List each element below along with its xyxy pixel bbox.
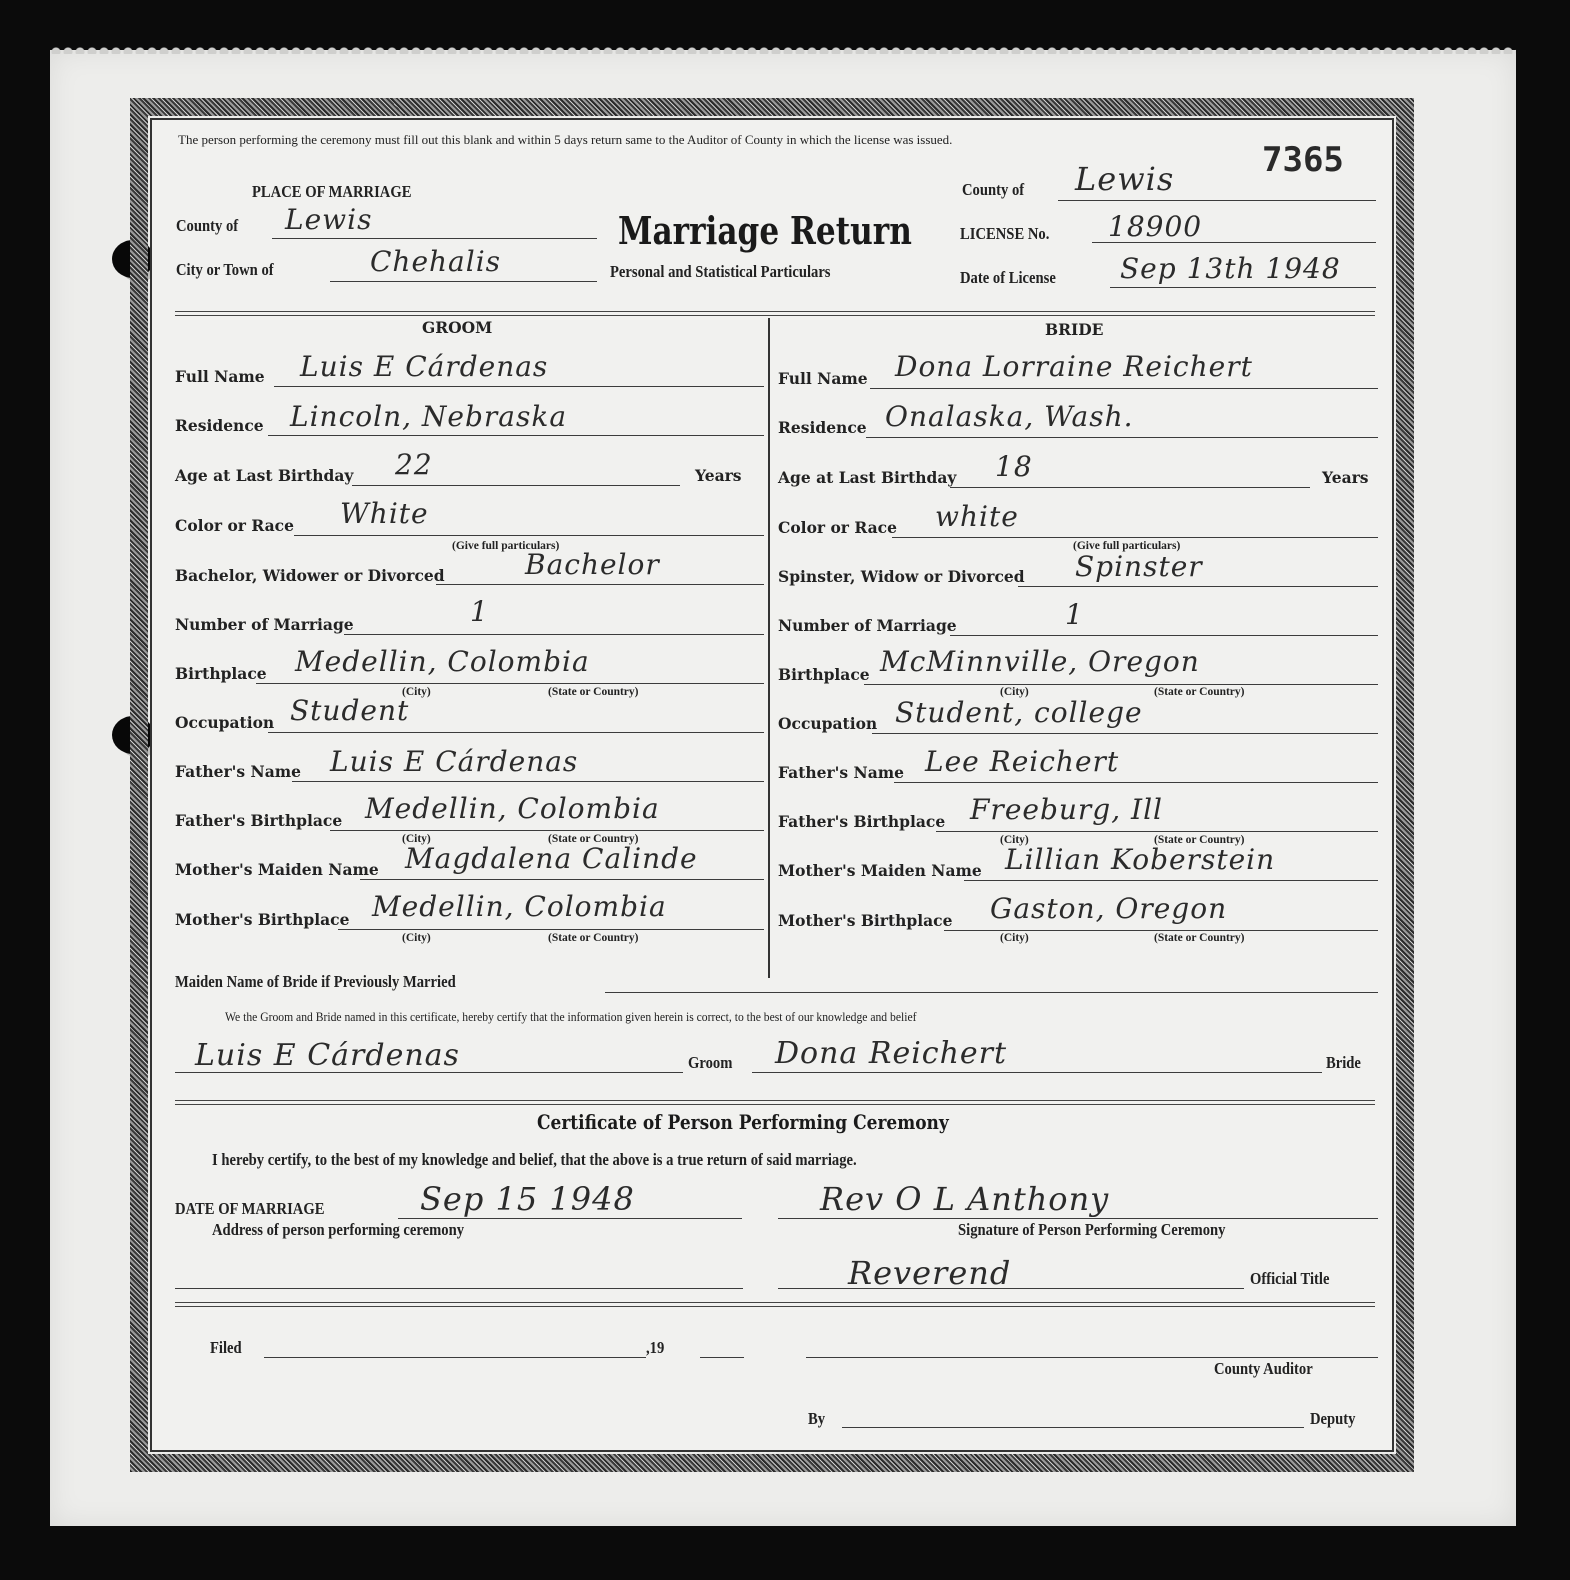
bride-mother-name-value: Lillian Koberstein xyxy=(1005,843,1275,876)
bride-mother-birthplace-city-hint: (City) xyxy=(1000,932,1029,944)
groom-full-name-label: Full Name xyxy=(175,367,265,386)
license-county-label: County of xyxy=(962,180,1024,200)
groom-birthplace-state-hint: (State or Country) xyxy=(548,686,639,698)
bride-father-birthplace-label: Father's Birthplace xyxy=(778,812,945,831)
filed-label: Filed xyxy=(210,1338,242,1358)
officiant-signature: Rev O L Anthony xyxy=(820,1180,1109,1218)
bride-occupation-value: Student, college xyxy=(895,696,1143,729)
groom-mother-name-label: Mother's Maiden Name xyxy=(175,860,379,879)
column-divider xyxy=(768,318,770,978)
groom-marriage-number-value: 1 xyxy=(470,595,489,628)
groom-occupation-value: Student xyxy=(290,694,409,727)
official-title-label: Official Title xyxy=(1250,1269,1329,1289)
bride-mother-birthplace-state-hint: (State or Country) xyxy=(1154,932,1245,944)
ceremony-heading: Certificate of Person Performing Ceremon… xyxy=(537,1110,949,1134)
county-value: Lewis xyxy=(285,203,372,236)
groom-father-birthplace-value: Medellin, Colombia xyxy=(365,792,660,825)
form-body xyxy=(150,118,1394,1452)
groom-occupation-label: Occupation xyxy=(175,713,274,732)
form-title: Marriage Return xyxy=(618,208,912,253)
license-county-value: Lewis xyxy=(1075,160,1174,198)
filed-year-prefix: ,19 xyxy=(646,1338,664,1358)
license-date-value: Sep 13th 1948 xyxy=(1120,252,1341,285)
bride-birthplace-value: McMinnville, Oregon xyxy=(880,645,1200,678)
city-label: City or Town of xyxy=(176,260,274,280)
bride-race-value: white xyxy=(935,500,1019,533)
official-title-value: Reverend xyxy=(848,1254,1011,1292)
bride-years-label: Years xyxy=(1322,468,1369,487)
officiant-address-line xyxy=(175,1288,743,1289)
bride-father-name-value: Lee Reichert xyxy=(925,745,1119,778)
groom-marriage-number-label: Number of Marriage xyxy=(175,615,354,634)
groom-mother-birthplace-city-hint: (City) xyxy=(402,932,431,944)
groom-residence-label: Residence xyxy=(175,416,264,435)
groom-years-label: Years xyxy=(695,466,742,485)
groom-birthplace-label: Birthplace xyxy=(175,664,267,683)
license-no-value: 18900 xyxy=(1108,210,1202,243)
deputy-line xyxy=(842,1427,1304,1428)
bride-full-name-label: Full Name xyxy=(778,369,868,388)
county-label: County of xyxy=(176,216,238,236)
county-auditor-label: County Auditor xyxy=(1214,1359,1313,1379)
bride-race-label: Color or Race xyxy=(778,518,897,537)
section-divider xyxy=(175,1302,1375,1307)
place-of-marriage-heading: PLACE OF MARRIAGE xyxy=(252,182,411,202)
bride-father-birthplace-value: Freeburg, Ill xyxy=(970,793,1163,826)
city-value: Chehalis xyxy=(370,245,501,278)
marriage-date-value: Sep 15 1948 xyxy=(420,1180,635,1218)
officiant-address-label: Address of person performing ceremony xyxy=(212,1220,464,1240)
officiant-signature-label: Signature of Person Performing Ceremony xyxy=(958,1220,1225,1240)
form-subtitle: Personal and Statistical Particulars xyxy=(610,262,831,282)
county-auditor-line xyxy=(806,1357,1378,1358)
filed-year-line xyxy=(700,1357,744,1358)
bride-signature: Dona Reichert xyxy=(775,1036,1007,1071)
license-date-label: Date of License xyxy=(960,268,1056,288)
groom-status-value: Bachelor xyxy=(525,548,660,581)
bride-marriage-number-label: Number of Marriage xyxy=(778,616,957,635)
bride-birthplace-state-hint: (State or Country) xyxy=(1154,686,1245,698)
groom-signature: Luis E Cárdenas xyxy=(195,1038,460,1073)
couple-certification-text: We the Groom and Bride named in this cer… xyxy=(225,1010,916,1025)
ceremony-statement: I hereby certify, to the best of my know… xyxy=(212,1150,857,1170)
groom-race-value: White xyxy=(340,497,429,530)
groom-heading: GROOM xyxy=(422,318,492,337)
groom-age-label: Age at Last Birthday xyxy=(175,466,353,485)
bride-residence-label: Residence xyxy=(778,418,867,437)
groom-father-name-value: Luis E Cárdenas xyxy=(330,745,578,778)
filed-date-line xyxy=(264,1357,646,1358)
record-number: 7365 xyxy=(1262,140,1344,180)
bride-mother-birthplace-value: Gaston, Oregon xyxy=(990,892,1227,925)
bride-mother-birthplace-label: Mother's Birthplace xyxy=(778,911,952,930)
by-label: By xyxy=(808,1409,825,1429)
groom-full-name-value: Luis E Cárdenas xyxy=(300,350,548,383)
groom-status-label: Bachelor, Widower or Divorced xyxy=(175,566,445,585)
groom-mother-birthplace-label: Mother's Birthplace xyxy=(175,910,349,929)
instruction-text: The person performing the ceremony must … xyxy=(178,132,952,148)
bride-occupation-label: Occupation xyxy=(778,714,877,733)
maiden-name-label: Maiden Name of Bride if Previously Marri… xyxy=(175,972,456,992)
section-divider xyxy=(175,311,1375,316)
groom-age-value: 22 xyxy=(395,448,433,481)
bride-signature-label: Bride xyxy=(1326,1053,1361,1073)
bride-heading: BRIDE xyxy=(1045,320,1104,339)
groom-father-name-label: Father's Name xyxy=(175,762,301,781)
bride-mother-name-label: Mother's Maiden Name xyxy=(778,861,982,880)
bride-age-value: 18 xyxy=(995,450,1033,483)
bride-residence-value: Onalaska, Wash. xyxy=(885,400,1134,433)
bride-age-label: Age at Last Birthday xyxy=(778,468,956,487)
bride-birthplace-label: Birthplace xyxy=(778,665,870,684)
bride-status-value: Spinster xyxy=(1075,550,1203,583)
groom-mother-birthplace-state-hint: (State or Country) xyxy=(548,932,639,944)
groom-mother-birthplace-value: Medellin, Colombia xyxy=(372,890,667,923)
groom-race-label: Color or Race xyxy=(175,516,294,535)
groom-mother-name-value: Magdalena Calinde xyxy=(405,842,698,875)
groom-signature-label: Groom xyxy=(688,1053,732,1073)
bride-status-label: Spinster, Widow or Divorced xyxy=(778,567,1025,586)
maiden-name-line xyxy=(605,992,1378,993)
groom-father-birthplace-label: Father's Birthplace xyxy=(175,811,342,830)
bride-full-name-value: Dona Lorraine Reichert xyxy=(895,350,1253,383)
bride-father-name-label: Father's Name xyxy=(778,763,904,782)
deputy-label: Deputy xyxy=(1310,1409,1355,1429)
groom-birthplace-value: Medellin, Colombia xyxy=(295,645,590,678)
groom-residence-value: Lincoln, Nebraska xyxy=(290,400,567,433)
license-no-label: LICENSE No. xyxy=(960,224,1049,244)
marriage-date-label: DATE OF MARRIAGE xyxy=(175,1199,324,1219)
bride-marriage-number-value: 1 xyxy=(1065,598,1084,631)
section-divider xyxy=(175,1100,1375,1105)
